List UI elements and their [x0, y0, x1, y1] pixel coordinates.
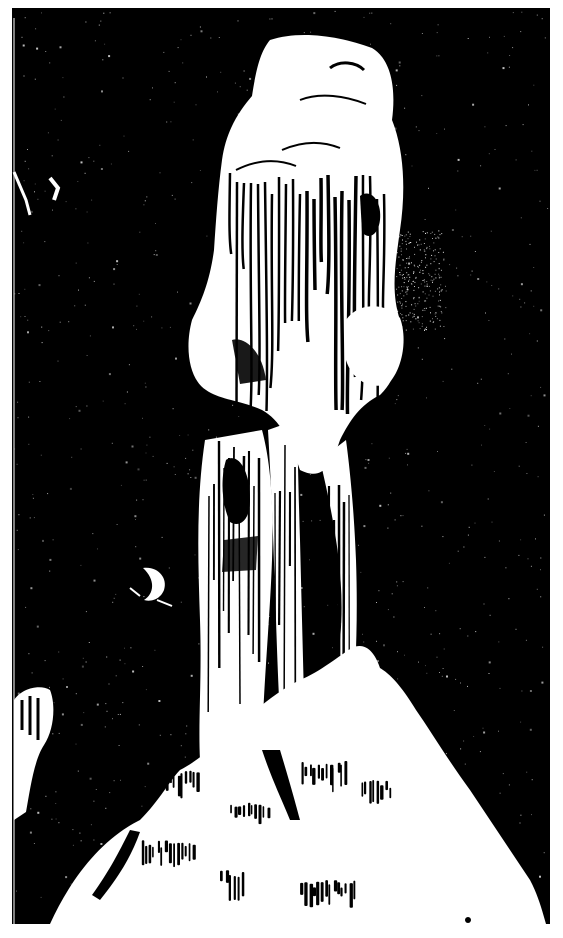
- ink-dot: [465, 917, 471, 923]
- illustration-page: Cave stalagmite column Black-and-white i…: [0, 0, 563, 938]
- cave-illustration: [0, 0, 563, 938]
